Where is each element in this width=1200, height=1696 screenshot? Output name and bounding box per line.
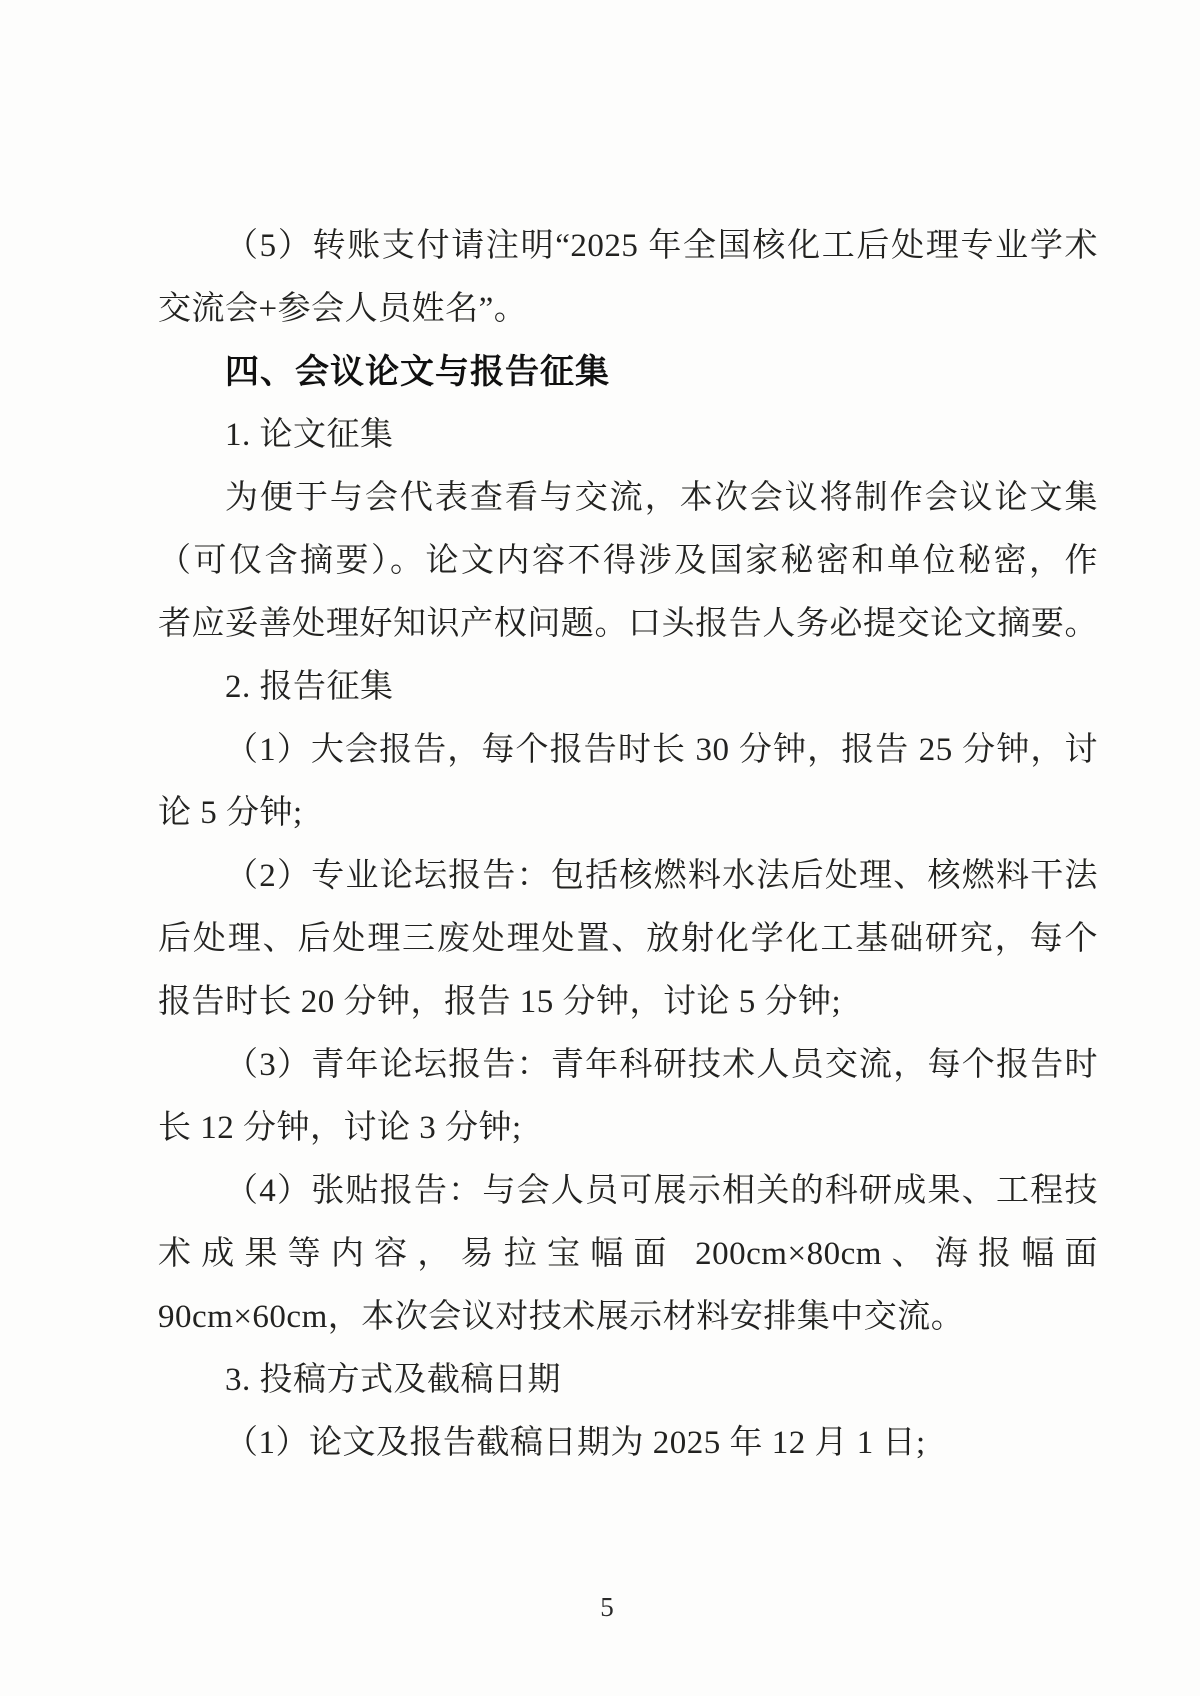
document-page: （5）转账支付请注明“2025 年全国核化工后处理专业学术交流会+参会人员姓名”… xyxy=(0,0,1200,1696)
text-line: （1）大会报告，每个报告时长 30 分钟，报告 25 分钟，讨 xyxy=(158,719,1098,782)
text-line: 后处理、后处理三废处理处置、放射化学化工基础研究，每个 xyxy=(158,908,1098,971)
text-line: 报告时长 20 分钟，报告 15 分钟，讨论 5 分钟; xyxy=(158,971,1098,1034)
text-line: 为便于与会代表查看与交流，本次会议将制作会议论文集 xyxy=(158,467,1098,530)
text-line: （4）张贴报告：与会人员可展示相关的科研成果、工程技 xyxy=(158,1160,1098,1223)
text-line: （2）专业论坛报告：包括核燃料水法后处理、核燃料干法 xyxy=(158,845,1098,908)
section-heading: 四、会议论文与报告征集 xyxy=(158,341,1098,404)
text-line: 长 12 分钟，讨论 3 分钟; xyxy=(158,1097,1098,1160)
text-line: 3. 投稿方式及截稿日期 xyxy=(158,1349,1098,1412)
text-line: 90cm×60cm，本次会议对技术展示材料安排集中交流。 xyxy=(158,1286,1098,1349)
text-line: 论 5 分钟; xyxy=(158,782,1098,845)
text-line: （3）青年论坛报告：青年科研技术人员交流，每个报告时 xyxy=(158,1034,1098,1097)
page-number: 5 xyxy=(0,1592,1200,1623)
text-line: （可仅含摘要）。论文内容不得涉及国家秘密和单位秘密，作 xyxy=(158,530,1098,593)
text-line: 2. 报告征集 xyxy=(158,656,1098,719)
text-line: 术成果等内容，易拉宝幅面 200cm×80cm、海报幅面 xyxy=(158,1223,1098,1286)
text-line: （5）转账支付请注明“2025 年全国核化工后处理专业学术 xyxy=(158,215,1098,278)
text-line: 者应妥善处理好知识产权问题。口头报告人务必提交论文摘要。 xyxy=(158,593,1098,656)
document-body: （5）转账支付请注明“2025 年全国核化工后处理专业学术交流会+参会人员姓名”… xyxy=(158,215,1098,1475)
text-line: 1. 论文征集 xyxy=(158,404,1098,467)
text-line: 交流会+参会人员姓名”。 xyxy=(158,278,1098,341)
text-line: （1）论文及报告截稿日期为 2025 年 12 月 1 日; xyxy=(158,1412,1098,1475)
